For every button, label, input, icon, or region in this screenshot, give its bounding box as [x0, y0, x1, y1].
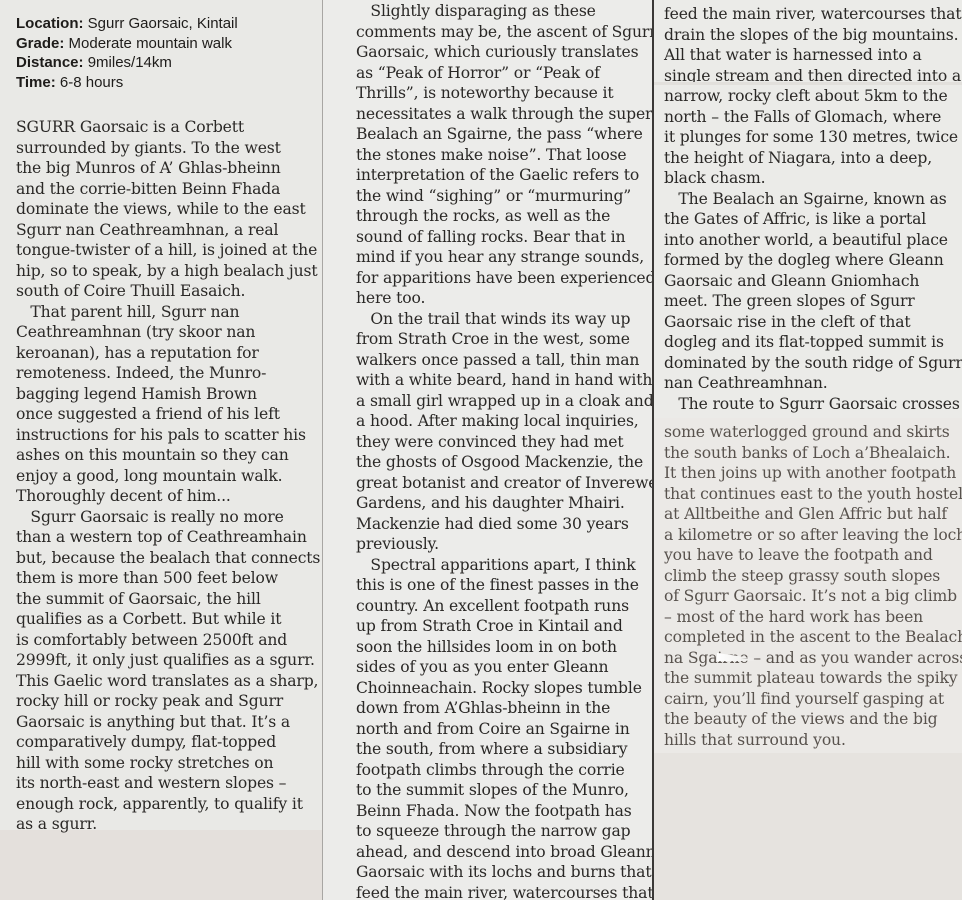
text-line: north and from Coire an Sgairne in — [356, 719, 662, 740]
text-line: instructions for his pals to scatter his — [16, 425, 320, 446]
text-line: 2999ft, it only just qualifies as a sgur… — [16, 650, 320, 671]
text-line: they were convinced they had met — [356, 432, 662, 453]
text-line: but, because the bealach that connects — [16, 548, 320, 569]
text-line: bagging legend Hamish Brown — [16, 384, 320, 405]
text-line: hill with some rocky stretches on — [16, 753, 320, 774]
text-line: is comfortably between 2500ft and — [16, 630, 320, 651]
text-line: country. An excellent footpath runs — [356, 596, 662, 617]
text-line: na Sgairne – and as you wander across — [664, 648, 962, 669]
text-line: The Bealach an Sgairne, known as — [664, 189, 962, 210]
text-line: Mackenzie had died some 30 years — [356, 514, 662, 535]
text-line: it plunges for some 130 metres, twice — [664, 127, 962, 148]
text-line: dominate the views, while to the east — [16, 199, 320, 220]
text-line: tongue-twister of a hill, is joined at t… — [16, 240, 320, 261]
text-line: qualifies as a Corbett. But while it — [16, 609, 320, 630]
text-line: the ghosts of Osgood Mackenzie, the — [356, 452, 662, 473]
article-text-column-3-bottom: some waterlogged ground and skirtsthe so… — [664, 422, 962, 750]
text-line: up from Strath Croe in Kintail and — [356, 616, 662, 637]
text-line: some waterlogged ground and skirts — [664, 422, 962, 443]
text-line: Slightly disparaging as these — [356, 1, 662, 22]
fact-grade: Grade: Moderate mountain walk — [16, 34, 238, 54]
text-line: footpath climbs through the corrie — [356, 760, 662, 781]
text-line: the summit plateau towards the spiky — [664, 668, 962, 689]
text-line: rocky hill or rocky peak and Sgurr — [16, 691, 320, 712]
article-text-column-2: Slightly disparaging as thesecomments ma… — [356, 1, 662, 900]
text-line: that continues east to the youth hostel — [664, 484, 962, 505]
text-line: – most of the hard work has been — [664, 607, 962, 628]
text-line: south of Coire Thuill Easaich. — [16, 281, 320, 302]
text-line: from Strath Croe in the west, some — [356, 329, 662, 350]
text-line: the summit of Gaorsaic, the hill — [16, 589, 320, 610]
text-line: here too. — [356, 288, 662, 309]
text-line: remoteness. Indeed, the Munro- — [16, 363, 320, 384]
text-line: keroanan), has a reputation for — [16, 343, 320, 364]
text-line: with a white beard, hand in hand with — [356, 370, 662, 391]
text-line: soon the hillsides loom in on both — [356, 637, 662, 658]
text-line: for apparitions have been experienced — [356, 268, 662, 289]
walk-facts-box: Location: Sgurr Gaorsaic, Kintail Grade:… — [16, 14, 238, 92]
text-line: interpretation of the Gaelic refers to — [356, 165, 662, 186]
text-line: The route to Sgurr Gaorsaic crosses — [664, 394, 962, 415]
text-line: Thrills”, is noteworthy because it — [356, 83, 662, 104]
text-line: to squeeze through the narrow gap — [356, 821, 662, 842]
text-line: comments may be, the ascent of Sgurr — [356, 22, 662, 43]
text-line: Ceathreamhnan (try skoor nan — [16, 322, 320, 343]
text-line: north – the Falls of Glomach, where — [664, 107, 962, 128]
text-line: surrounded by giants. To the west — [16, 138, 320, 159]
text-line: the beauty of the views and the big — [664, 709, 962, 730]
text-line: hip, so to speak, by a high bealach just — [16, 261, 320, 282]
clipping-column-3-top: feed the main river, watercourses thatdr… — [652, 0, 962, 418]
clipping-column-2: Slightly disparaging as thesecomments ma… — [322, 0, 652, 900]
text-line: Bealach an Sgairne, the pass “where — [356, 124, 662, 145]
clipping-column-3-bottom: some waterlogged ground and skirtsthe so… — [652, 418, 962, 900]
text-line: Beinn Fhada. Now the footpath has — [356, 801, 662, 822]
fact-label: Location: — [16, 15, 84, 32]
fact-value: Sgurr Gaorsaic, Kintail — [84, 15, 238, 32]
text-line: sound of falling rocks. Bear that in — [356, 227, 662, 248]
article-text-column-3-top: feed the main river, watercourses thatdr… — [664, 4, 962, 414]
text-line: narrow, rocky cleft about 5km to the — [664, 86, 962, 107]
text-line: the south banks of Loch a’Bhealaich. — [664, 443, 962, 464]
text-line: nan Ceathreamhnan. — [664, 373, 962, 394]
text-line: at Alltbeithe and Glen Affric but half — [664, 504, 962, 525]
text-line: Gaorsaic with its lochs and burns that — [356, 862, 662, 883]
text-line: black chasm. — [664, 168, 962, 189]
text-line: Gardens, and his daughter Mhairi. — [356, 493, 662, 514]
text-line: through the rocks, as well as the — [356, 206, 662, 227]
fact-label: Grade: — [16, 35, 64, 52]
text-line: It then joins up with another footpath — [664, 463, 962, 484]
text-line: feed the main river, watercourses that — [356, 883, 662, 900]
text-line: a kilometre or so after leaving the loch — [664, 525, 962, 546]
text-line: Gaorsaic rise in the cleft of that — [664, 312, 962, 333]
text-line: Spectral apparitions apart, I think — [356, 555, 662, 576]
text-line: a small girl wrapped up in a cloak and — [356, 391, 662, 412]
text-line: into another world, a beautiful place — [664, 230, 962, 251]
text-line: the south, from where a subsidiary — [356, 739, 662, 760]
text-line: as “Peak of Horror” or “Peak of — [356, 63, 662, 84]
text-line: SGURR Gaorsaic is a Corbett — [16, 117, 320, 138]
text-line: Gaorsaic is anything but that. It’s a — [16, 712, 320, 733]
text-line: the height of Niagara, into a deep, — [664, 148, 962, 169]
clipping-column-1: Location: Sgurr Gaorsaic, Kintail Grade:… — [0, 0, 322, 830]
text-line: ashes on this mountain so they can — [16, 445, 320, 466]
fact-label: Time: — [16, 74, 56, 91]
text-line: All that water is harnessed into a — [664, 45, 962, 66]
text-line: than a western top of Ceathreamhain — [16, 527, 320, 548]
text-line: and the corrie-bitten Beinn Fhada — [16, 179, 320, 200]
text-line: feed the main river, watercourses that — [664, 4, 962, 25]
text-line: them is more than 500 feet below — [16, 568, 320, 589]
article-text-column-1: SGURR Gaorsaic is a Corbettsurrounded by… — [16, 117, 320, 835]
text-line: dogleg and its flat-topped summit is — [664, 332, 962, 353]
text-line: cairn, you’ll find yourself gasping at — [664, 689, 962, 710]
text-line: walkers once passed a tall, thin man — [356, 350, 662, 371]
text-line: That parent hill, Sgurr nan — [16, 302, 320, 323]
text-line: this is one of the finest passes in the — [356, 575, 662, 596]
text-line: its north-east and western slopes – — [16, 773, 320, 794]
text-line: hills that surround you. — [664, 730, 962, 751]
text-line: the stones make noise”. That loose — [356, 145, 662, 166]
clipping-seam — [654, 82, 962, 85]
fact-label: Distance: — [16, 54, 84, 71]
text-line: to the summit slopes of the Munro, — [356, 780, 662, 801]
fact-value: Moderate mountain walk — [64, 35, 232, 52]
text-line: as a sgurr. — [16, 814, 320, 835]
text-line: of Sgurr Gaorsaic. It’s not a big climb — [664, 586, 962, 607]
text-line: enough rock, apparently, to qualify it — [16, 794, 320, 815]
fact-location: Location: Sgurr Gaorsaic, Kintail — [16, 14, 238, 34]
text-line: once suggested a friend of his left — [16, 404, 320, 425]
text-line: Sgurr nan Ceathreamhnan, a real — [16, 220, 320, 241]
text-line: the wind “sighing” or “murmuring” — [356, 186, 662, 207]
text-line: down from A’Ghlas-bheinn in the — [356, 698, 662, 719]
fact-value: 6-8 hours — [56, 74, 124, 91]
text-line: dominated by the south ridge of Sgurr — [664, 353, 962, 374]
text-line: you have to leave the footpath and — [664, 545, 962, 566]
text-line: enjoy a good, long mountain walk. — [16, 466, 320, 487]
text-line: mind if you hear any strange sounds, — [356, 247, 662, 268]
text-line: ahead, and descend into broad Gleann — [356, 842, 662, 863]
text-line: completed in the ascent to the Bealach — [664, 627, 962, 648]
text-line: Choinneachain. Rocky slopes tumble — [356, 678, 662, 699]
text-line: comparatively dumpy, flat-topped — [16, 732, 320, 753]
text-line: sides of you as you enter Gleann — [356, 657, 662, 678]
text-line: a hood. After making local inquiries, — [356, 411, 662, 432]
text-line: great botanist and creator of Inverewe — [356, 473, 662, 494]
text-line: climb the steep grassy south slopes — [664, 566, 962, 587]
text-line: previously. — [356, 534, 662, 555]
text-line: On the trail that winds its way up — [356, 309, 662, 330]
fact-time: Time: 6-8 hours — [16, 73, 238, 93]
text-line: necessitates a walk through the superb — [356, 104, 662, 125]
text-line: Thoroughly decent of him... — [16, 486, 320, 507]
text-line: Gaorsaic, which curiously translates — [356, 42, 662, 63]
fact-value: 9miles/14km — [84, 54, 172, 71]
text-line: meet. The green slopes of Sgurr — [664, 291, 962, 312]
text-line: drain the slopes of the big mountains. — [664, 25, 962, 46]
text-line: the big Munros of A’ Ghlas-bheinn — [16, 158, 320, 179]
text-line: Sgurr Gaorsaic is really no more — [16, 507, 320, 528]
fact-distance: Distance: 9miles/14km — [16, 53, 238, 73]
text-line: Gaorsaic and Gleann Gniomhach — [664, 271, 962, 292]
text-line: the Gates of Affric, is like a portal — [664, 209, 962, 230]
text-line: formed by the dogleg where Gleann — [664, 250, 962, 271]
text-line: This Gaelic word translates as a sharp, — [16, 671, 320, 692]
